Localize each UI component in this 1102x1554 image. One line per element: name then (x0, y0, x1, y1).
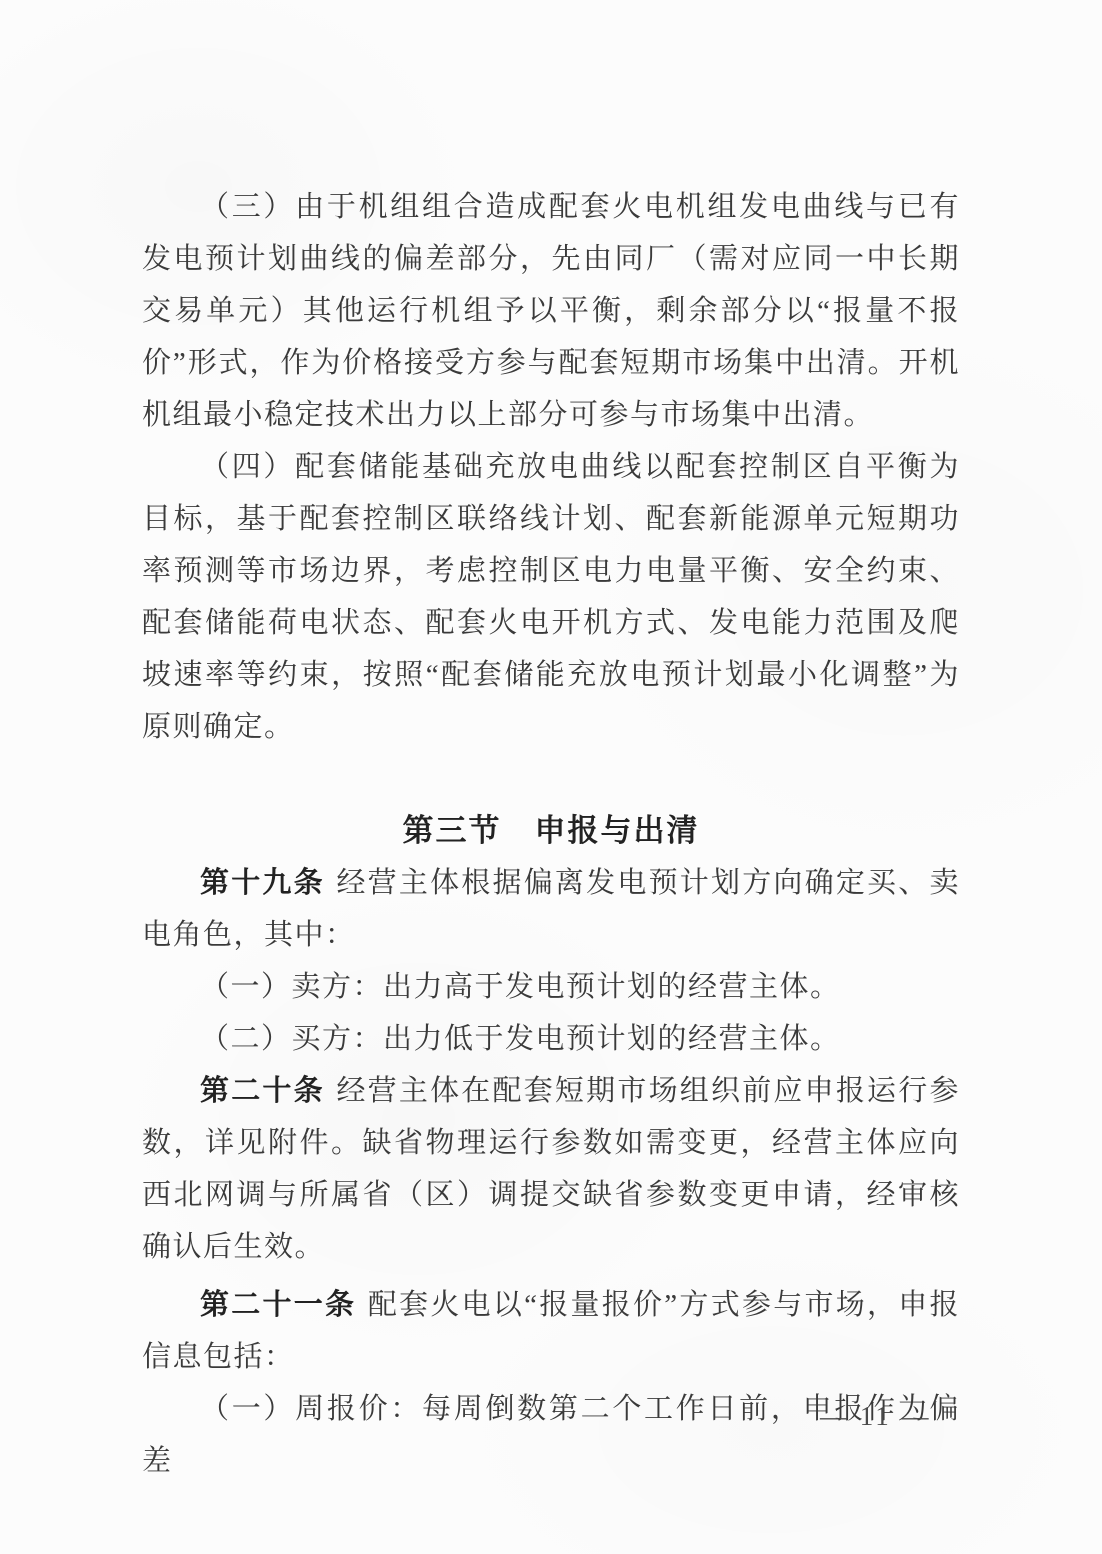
section-heading: 第三节 申报与出清 (142, 805, 960, 857)
paragraph-buyer-definition: （二）买方：出力低于发电预计划的经营主体。 (142, 1013, 960, 1065)
paragraph-seller-definition: （一）卖方：出力高于发电预计划的经营主体。 (142, 961, 960, 1013)
paragraph-item-3: （三）由于机组组合造成配套火电机组发电曲线与已有发电预计划曲线的偏差部分，先由同… (142, 181, 960, 441)
paragraph-article-19: 第十九条经营主体根据偏离发电预计划方向确定买、卖电角色，其中： (142, 857, 960, 961)
paragraph-article-21: 第二十一条配套火电以“报量报价”方式参与市场，申报信息包括： (142, 1279, 960, 1383)
article-21-lead: 第二十一条 (200, 1289, 356, 1321)
article-19-lead: 第十九条 (200, 867, 325, 899)
paragraph-article-20: 第二十条经营主体在配套短期市场组织前应申报运行参数，详见附件。缺省物理运行参数如… (142, 1065, 960, 1273)
document-body: （三）由于机组组合造成配套火电机组发电曲线与已有发电预计划曲线的偏差部分，先由同… (142, 181, 960, 1487)
page-number: — 11 — (820, 1396, 932, 1436)
scanned-document-page: （三）由于机组组合造成配套火电机组发电曲线与已有发电预计划曲线的偏差部分，先由同… (0, 0, 1102, 1554)
article-20-lead: 第二十条 (200, 1075, 325, 1107)
paragraph-item-4: （四）配套储能基础充放电曲线以配套控制区自平衡为目标，基于配套控制区联络线计划、… (142, 441, 960, 753)
